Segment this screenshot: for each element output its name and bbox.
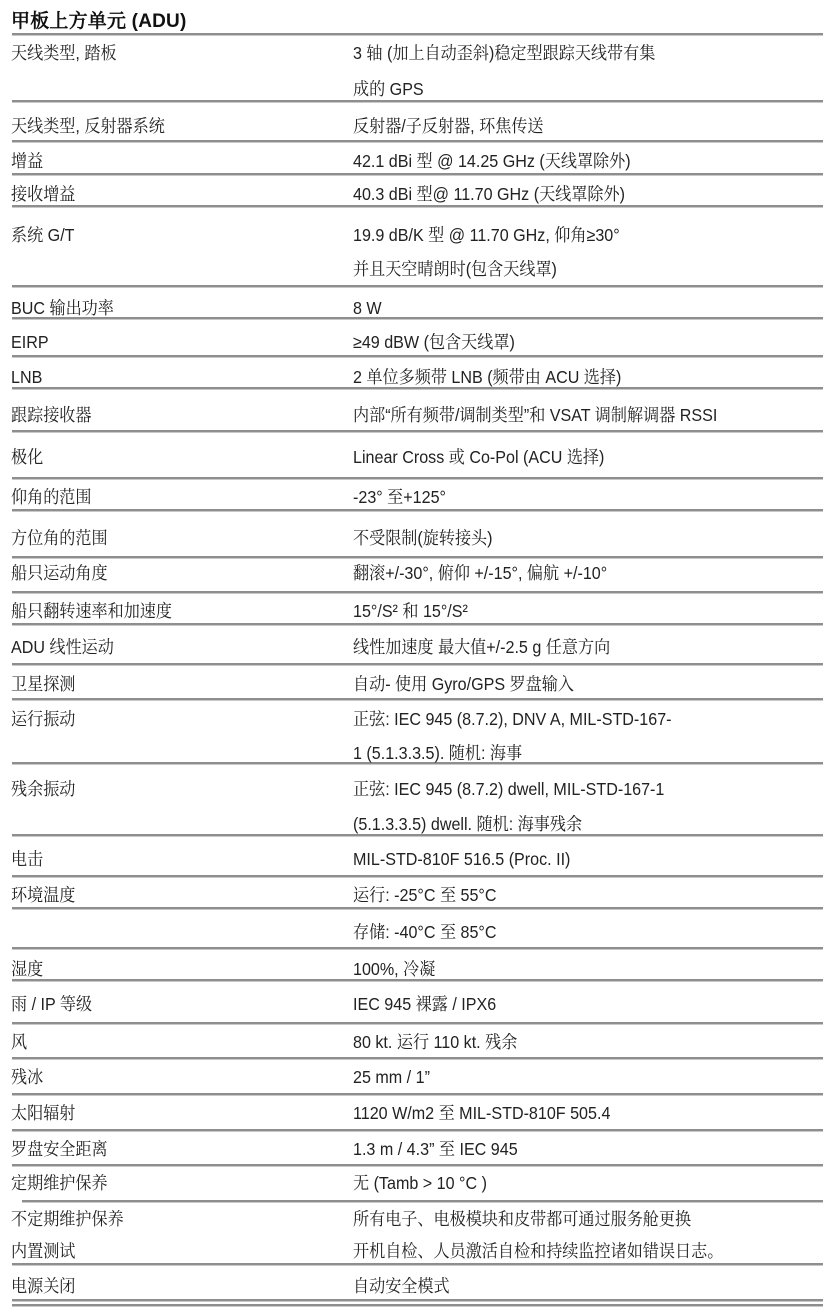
spec-label: 环境温度 [11,884,75,906]
row-divider [12,205,823,208]
spec-label: 电击 [11,848,43,870]
row-divider [12,317,823,320]
spec-value: 15°/S² 和 15°/S² [353,600,468,622]
row-divider [12,663,823,666]
spec-value: 2 单位多频带 LNB (频带由 ACU 选择) [353,366,621,388]
row-divider [12,1093,823,1096]
spec-value: IEC 945 裸露 / IPX6 [353,993,496,1015]
spec-label: EIRP [11,331,49,353]
spec-value: ≥49 dBW (包含天线罩) [353,331,515,353]
spec-value: 1.3 m / 4.3” 至 IEC 945 [353,1138,518,1160]
row-divider [12,1057,823,1060]
spec-value: 存储: -40°C 至 85°C [353,921,497,943]
row-divider [12,698,823,701]
spec-label: 卫星探测 [11,673,75,695]
spec-value: 3 轴 (加上自动歪斜)稳定型跟踪天线带有集 [353,42,655,64]
spec-label: BUC 输出功率 [11,297,114,319]
spec-value: 100%, 冷凝 [353,958,435,980]
spec-value: 8 W [353,297,382,319]
spec-value: 1120 W/m2 至 MIL-STD-810F 505.4 [353,1102,610,1124]
spec-value: 自动安全模式 [353,1275,450,1297]
row-divider [12,355,823,358]
spec-value: 并且天空晴朗时(包含天线罩) [353,258,557,280]
spec-value: 自动- 使用 Gyro/GPS 罗盘输入 [353,673,574,695]
spec-label: 雨 / IP 等级 [11,993,92,1015]
spec-label: 方位角的范围 [11,527,108,549]
row-divider [12,430,823,433]
row-divider [12,173,823,176]
row-divider [12,875,823,878]
spec-value: 所有电子、电极模块和皮带都可通过服务舱更换 [353,1208,691,1230]
spec-label: 船只翻转速率和加速度 [11,600,172,622]
spec-value: MIL-STD-810F 516.5 (Proc. II) [353,848,570,870]
row-divider [12,140,823,143]
spec-label: 湿度 [11,958,43,980]
spec-label: LNB [11,366,42,388]
spec-value: 80 kt. 运行 110 kt. 残余 [353,1031,517,1053]
spec-label: 仰角的范围 [11,486,92,508]
spec-label: 系统 G/T [11,224,75,246]
spec-label: 不定期维护保养 [11,1208,124,1230]
spec-value: 反射器/子反射器, 环焦传送 [353,115,544,137]
spec-label: 电源关闭 [11,1275,75,1297]
spec-value: 翻滚+/-30°, 俯仰 +/-15°, 偏航 +/-10° [353,562,607,584]
spec-value: 25 mm / 1” [353,1066,430,1088]
row-divider [12,477,823,480]
spec-label: 极化 [11,446,43,468]
spec-value: 19.9 dB/K 型 @ 11.70 GHz, 仰角≥30° [353,224,620,246]
row-divider [12,907,823,910]
row-divider [12,623,823,626]
row-divider [12,33,823,36]
spec-value: Linear Cross 或 Co-Pol (ACU 选择) [353,446,604,468]
spec-label: 内置测试 [11,1240,75,1262]
spec-label: 增益 [11,150,43,172]
row-divider [22,1200,823,1203]
row-divider [12,509,823,512]
row-divider [12,1129,823,1132]
spec-label: 跟踪接收器 [11,404,92,426]
spec-value: -23° 至+125° [353,486,446,508]
row-divider [12,556,823,559]
row-divider [12,1299,823,1302]
row-divider [12,1022,823,1025]
row-divider [12,1164,823,1167]
spec-value: 42.1 dBi 型 @ 14.25 GHz (天线罩除外) [353,150,631,172]
spec-label: 罗盘安全距离 [11,1138,108,1160]
spec-label: 定期维护保养 [11,1172,108,1194]
row-divider [12,1263,823,1266]
spec-value: 运行: -25°C 至 55°C [353,884,497,906]
spec-value: 正弦: IEC 945 (8.7.2) dwell, MIL-STD-167-1 [353,778,664,800]
spec-label: 风 [11,1031,27,1053]
spec-label: 运行振动 [11,708,75,730]
spec-value: 正弦: IEC 945 (8.7.2), DNV A, MIL-STD-167- [353,708,672,730]
spec-value: 1 (5.1.3.3.5). 随机: 海事 [353,742,522,764]
spec-value: 无 (Tamb > 10 °C ) [353,1172,487,1194]
spec-value: (5.1.3.3.5) dwell. 随机: 海事残余 [353,813,582,835]
spec-value: 开机自检、人员激活自检和持续监控诸如错误日志。 [353,1240,723,1262]
spec-label: 残余振动 [11,778,75,800]
row-divider [12,591,823,594]
spec-value: 线性加速度 最大值+/-2.5 g 任意方向 [353,636,610,658]
spec-label: 残冰 [11,1066,43,1088]
spec-label: 天线类型, 踏板 [11,42,117,64]
spec-value: 成的 GPS [353,78,424,100]
row-divider [12,947,823,950]
spec-label: 接收增益 [11,183,75,205]
row-divider [12,100,823,103]
spec-value: 40.3 dBi 型@ 11.70 GHz (天线罩除外) [353,183,625,205]
spec-label: 太阳辐射 [11,1102,75,1124]
row-divider [12,1304,823,1307]
spec-label: 船只运动角度 [11,562,108,584]
spec-value: 内部“所有频带/调制类型”和 VSAT 调制解调器 RSSI [353,404,717,426]
spec-value: 不受限制(旋转接头) [353,527,493,549]
spec-label: 天线类型, 反射器系统 [11,115,165,137]
section-title: 甲板上方单元 (ADU) [11,6,187,33]
spec-label: ADU 线性运动 [11,636,114,658]
row-divider [12,285,823,288]
